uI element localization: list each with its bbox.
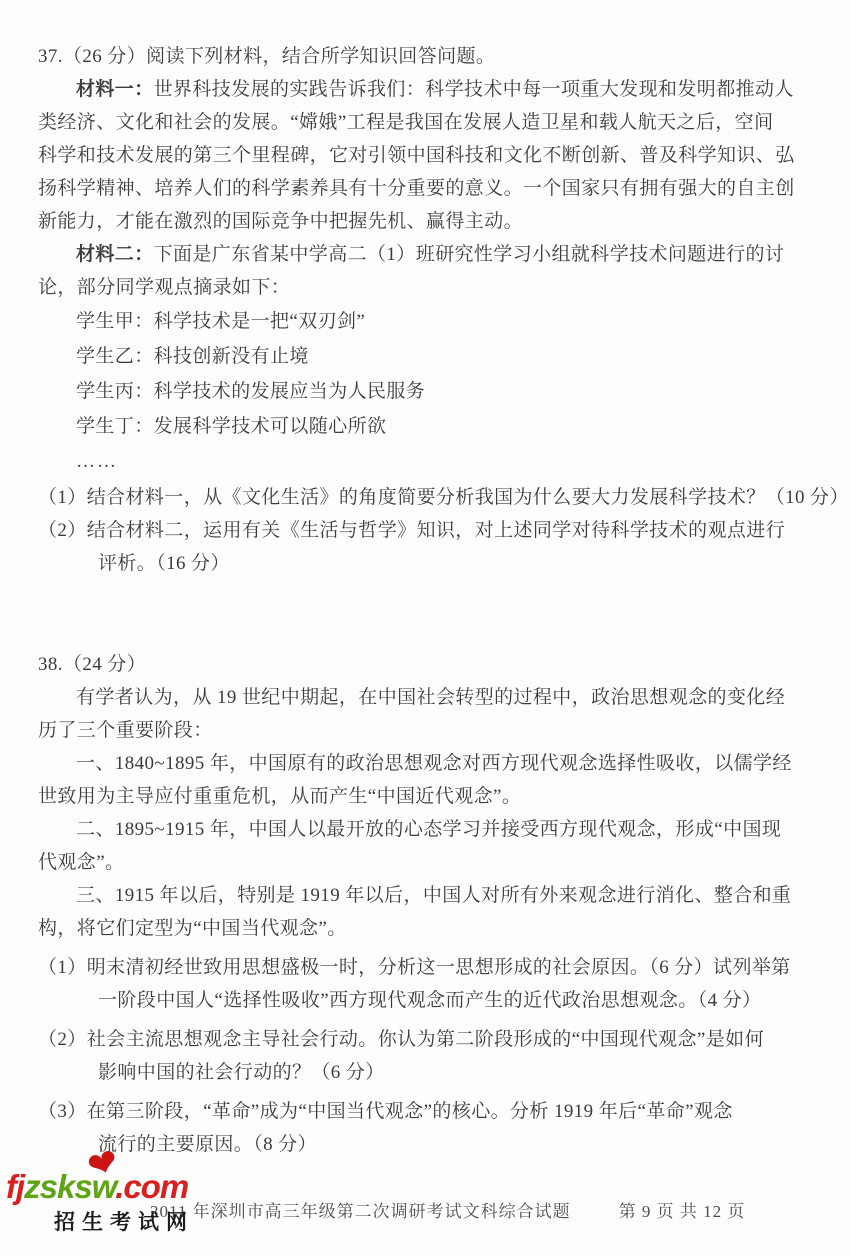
footer-exam-title: 2011 年深圳市高三年级第二次调研考试文科综合试题 bbox=[150, 1197, 571, 1222]
q37-subquestion-2-cont: 评析。（16 分） bbox=[38, 547, 820, 580]
material-2-label: 材料二： bbox=[76, 244, 154, 265]
q38-stage1-line: 一、1840~1895 年，中国原有的政治思想观念对西方现代观念选择性吸收，以儒… bbox=[38, 747, 820, 780]
q38-subquestion-1: （1）明末清初经世致用思想盛极一时，分析这一思想形成的社会原因。（6 分）试列举… bbox=[38, 951, 820, 984]
q38-stage3-line: 三、1915 年以后，特别是 1919 年以后，中国人对所有外来观念进行消化、整… bbox=[38, 879, 820, 912]
watermark-brand-fj: fj bbox=[6, 1168, 24, 1205]
watermark-chinese-name: 招生考试网 bbox=[54, 1206, 194, 1236]
material-2-first-line: 材料二：下面是广东省某中学高二（1）班研究性学习小组就科学技术问题进行的讨 bbox=[38, 238, 820, 271]
q38-subquestion-2: （2）社会主流思想观念主导社会行动。你认为第二阶段形成的“中国现代观念”是如何 bbox=[38, 1023, 820, 1056]
question-37: 37.（26 分）阅读下列材料，结合所学知识回答问题。 材料一：世界科技发展的实… bbox=[38, 40, 820, 580]
material-1-line: 类经济、文化和社会的发展。“嫦娥”工程是我国在发展人造卫星和载人航天之后，空间 bbox=[38, 106, 820, 139]
material-2-text: 下面是广东省某中学高二（1）班研究性学习小组就科学技术问题进行的讨 bbox=[154, 244, 785, 265]
student-opinion: 学生丁：发展科学技术可以随心所欲 bbox=[38, 409, 820, 444]
material-1-text: 世界科技发展的实践告诉我们：科学技术中每一项重大发现和发明都推动人 bbox=[154, 79, 794, 100]
exam-content: 37.（26 分）阅读下列材料，结合所学知识回答问题。 材料一：世界科技发展的实… bbox=[38, 40, 820, 1161]
q38-stage3-line: 构，将它们定型为“中国当代观念”。 bbox=[38, 912, 820, 945]
material-1-line: 新能力，才能在激烈的国际竞争中把握先机、赢得主动。 bbox=[38, 205, 820, 238]
material-1-first-line: 材料一：世界科技发展的实践告诉我们：科学技术中每一项重大发现和发明都推动人 bbox=[38, 73, 820, 106]
q38-stage2-line: 二、1895~1915 年，中国人以最开放的心态学习并接受西方现代观念，形成“中… bbox=[38, 813, 820, 846]
q37-subquestion-2: （2）结合材料二，运用有关《生活与哲学》知识，对上述同学对待科学技术的观点进行 bbox=[38, 514, 820, 547]
question-38: 38.（24 分） 有学者认为，从 19 世纪中期起，在中国社会转型的过程中，政… bbox=[38, 648, 820, 1161]
ellipsis-line: …… bbox=[38, 444, 820, 479]
watermark-brand-com: .com bbox=[115, 1168, 188, 1205]
q37-heading: 37.（26 分）阅读下列材料，结合所学知识回答问题。 bbox=[38, 40, 820, 73]
q38-subquestion-2-cont: 影响中国的社会行动的？（6 分） bbox=[38, 1056, 820, 1089]
student-opinions: 学生甲：科学技术是一把“双刃剑” 学生乙：科技创新没有止境 学生丙：科学技术的发… bbox=[38, 304, 820, 479]
student-opinion: 学生甲：科学技术是一把“双刃剑” bbox=[38, 304, 820, 339]
student-opinion: 学生乙：科技创新没有止境 bbox=[38, 339, 820, 374]
q38-heading: 38.（24 分） bbox=[38, 648, 820, 681]
q38-subquestion-3: （3）在第三阶段，“革命”成为“中国当代观念”的核心。分析 1919 年后“革命… bbox=[38, 1095, 820, 1128]
q37-subquestion-1: （1）结合材料一，从《文化生活》的角度简要分析我国为什么要大力发展科学技术？（1… bbox=[38, 481, 820, 514]
material-1-label: 材料一： bbox=[76, 79, 154, 100]
q38-subquestion-3-cont: 流行的主要原因。（8 分） bbox=[38, 1128, 820, 1161]
q37-subquestions: （1）结合材料一，从《文化生活》的角度简要分析我国为什么要大力发展科学技术？（1… bbox=[38, 481, 820, 580]
q38-intro-line: 有学者认为，从 19 世纪中期起，在中国社会转型的过程中，政治思想观念的变化经 bbox=[38, 681, 820, 714]
footer-page-number: 第 9 页 共 12 页 bbox=[619, 1197, 746, 1222]
q38-stage2-line: 代观念”。 bbox=[38, 846, 820, 879]
q38-stage1-line: 世致用为主导应付重重危机，从而产生“中国近代观念”。 bbox=[38, 780, 820, 813]
material-2-line: 论，部分同学观点摘录如下： bbox=[38, 271, 820, 304]
page-footer: 2011 年深圳市高三年级第二次调研考试文科综合试题 第 9 页 共 12 页 bbox=[150, 1197, 745, 1222]
material-1-line: 科学和技术发展的第三个里程碑，它对引领中国科技和文化不断创新、普及科学知识、弘 bbox=[38, 139, 820, 172]
student-opinion: 学生丙：科学技术的发展应当为人民服务 bbox=[38, 374, 820, 409]
q38-intro-line: 历了三个重要阶段： bbox=[38, 714, 820, 747]
site-watermark: ❤ fjzsksw.com 招生考试网 bbox=[6, 1172, 194, 1236]
exam-page: 37.（26 分）阅读下列材料，结合所学知识回答问题。 材料一：世界科技发展的实… bbox=[0, 0, 850, 1256]
q38-subquestion-1-cont: 一阶段中国人“选择性吸收”西方现代观念而产生的近代政治思想观念。（4 分） bbox=[38, 984, 820, 1017]
material-1-line: 扬科学精神、培养人们的科学素养具有十分重要的意义。一个国家只有拥有强大的自主创 bbox=[38, 172, 820, 205]
